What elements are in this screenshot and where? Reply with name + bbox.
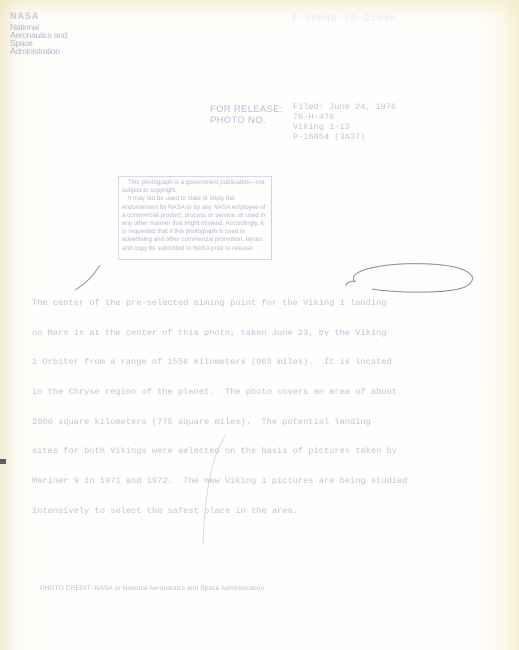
pen-annotations [0,0,519,650]
pen-checkmark-annotation [75,265,100,290]
pen-circle-annotation [346,264,472,292]
pen-stroke-annotation [203,435,226,545]
